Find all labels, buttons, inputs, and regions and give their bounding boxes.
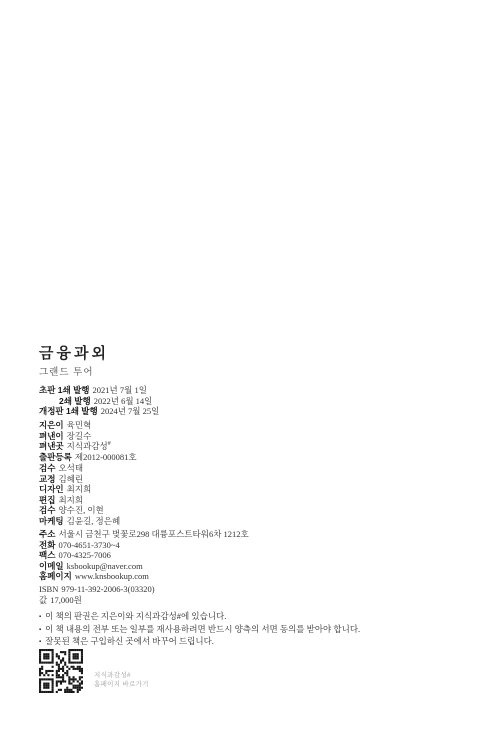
credit-value: 김윤길, 정은혜 (67, 516, 121, 526)
credit-value: 최지희 (67, 484, 92, 494)
contact-label: 주소 (39, 529, 55, 539)
contact-label: 이메일 (39, 561, 64, 571)
credit-row: 지은이육민혁 (39, 420, 137, 431)
credit-row: 펴낸곳지식과감성# (39, 441, 137, 452)
credit-row: 디자인최지희 (39, 484, 120, 495)
title-block: 금융과외 그랜드 투어 (39, 346, 109, 378)
qr-code (39, 649, 83, 693)
publisher-name: 지식과감성# (67, 441, 111, 451)
edition-date: 2021년 7월 1일 (93, 385, 147, 395)
isbn-price: ISBN979-11-392-2006-3(03320) 값17,000원 (39, 584, 155, 605)
publisher-mark: # (108, 441, 111, 447)
notice-line: 이 책 내용의 전부 또는 일부를 재사용하려면 반드시 양측의 서면 동의를 … (39, 624, 360, 637)
credit-row: 편집최지희 (39, 495, 120, 506)
credit-value: 제2012-000081호 (75, 452, 137, 462)
qr-section: 지식과감성# 홈페이지 바로가기 (39, 649, 149, 693)
edition-history: 초판 1쇄 발행2021년 7월 1일 2쇄 발행2022년 6월 14일 개정… (39, 385, 159, 417)
credit-row: 검수양수진, 이현 (39, 505, 120, 516)
credit-label: 마케팅 (39, 516, 64, 526)
price-row: 값17,000원 (39, 595, 155, 606)
homepage-value: www.knsbookup.com (75, 571, 149, 581)
credit-value: 육민혁 (67, 420, 92, 430)
credit-value: 양수진, 이현 (58, 505, 103, 515)
edition-row: 2쇄 발행2022년 6월 14일 (39, 396, 159, 407)
credit-label: 교정 (39, 474, 55, 484)
edition-label: 초판 1쇄 발행 (39, 385, 90, 395)
address-value: 서울시 금천구 벚꽃로298 대륭포스트타워6차 1212호 (58, 529, 248, 539)
credit-row: 펴낸이장길수 (39, 431, 137, 442)
contact-label: 전화 (39, 540, 55, 550)
edition-label: 2쇄 발행 (59, 396, 91, 406)
credit-label: 디자인 (39, 484, 64, 494)
colophon-page: 금융과외 그랜드 투어 초판 1쇄 발행2021년 7월 1일 2쇄 발행202… (0, 0, 500, 740)
publication-info: 지은이육민혁 펴낸이장길수 펴낸곳지식과감성# 출판등록제2012-000081… (39, 420, 137, 462)
staff-credits: 검수오석태 교정김혜린 디자인최지희 편집최지희 검수양수진, 이현 마케팅김윤… (39, 463, 120, 526)
contact-label: 팩스 (39, 550, 55, 560)
contact-info: 주소서울시 금천구 벚꽃로298 대륭포스트타워6차 1212호 전화070-4… (39, 529, 249, 582)
notice-line: 이 책의 판권은 지은이와 지식과감성#에 있습니다. (39, 611, 360, 624)
contact-row-homepage: 홈페이지www.knsbookup.com (39, 571, 249, 582)
edition-row: 초판 1쇄 발행2021년 7월 1일 (39, 385, 159, 396)
credit-row: 검수오석태 (39, 463, 120, 474)
copyright-notices: 이 책의 판권은 지은이와 지식과감성#에 있습니다. 이 책 내용의 전부 또… (39, 611, 360, 649)
credit-value: 최지희 (58, 495, 83, 505)
phone-value: 070-4651-3730~4 (58, 540, 119, 550)
credit-label: 펴낸곳 (39, 441, 64, 451)
contact-row-email: 이메일ksbookup@naver.com (39, 561, 249, 572)
contact-label: 홈페이지 (39, 571, 72, 581)
credit-label: 편집 (39, 495, 55, 505)
credit-row: 교정김혜린 (39, 474, 120, 485)
email-value: ksbookup@naver.com (67, 561, 143, 571)
isbn-value: 979-11-392-2006-3(03320) (61, 584, 154, 594)
edition-date: 2022년 6월 14일 (94, 396, 153, 406)
edition-label: 개정판 1쇄 발행 (39, 406, 98, 416)
contact-row-phone: 전화070-4651-3730~4 (39, 540, 249, 551)
credit-label: 검수 (39, 505, 55, 515)
book-title: 금융과외 (39, 346, 109, 363)
price-label: 값 (39, 595, 47, 605)
edition-date: 2024년 7월 25일 (101, 406, 160, 416)
credit-row: 마케팅김윤길, 정은혜 (39, 516, 120, 527)
credit-value: 김혜린 (58, 474, 83, 484)
credit-label: 검수 (39, 463, 55, 473)
credit-row: 출판등록제2012-000081호 (39, 452, 137, 463)
contact-row-address: 주소서울시 금천구 벚꽃로298 대륭포스트타워6차 1212호 (39, 529, 249, 540)
isbn-label: ISBN (39, 584, 58, 594)
credit-label: 출판등록 (39, 452, 72, 462)
credit-value: 장길수 (67, 431, 92, 441)
qr-caption-line1: 지식과감성# (94, 671, 149, 680)
credit-label: 펴낸이 (39, 431, 64, 441)
book-subtitle: 그랜드 투어 (39, 367, 109, 378)
isbn-row: ISBN979-11-392-2006-3(03320) (39, 584, 155, 595)
qr-caption: 지식과감성# 홈페이지 바로가기 (94, 671, 149, 689)
credit-value: 오석태 (58, 463, 83, 473)
edition-row: 개정판 1쇄 발행2024년 7월 25일 (39, 406, 159, 417)
credit-label: 지은이 (39, 420, 64, 430)
price-value: 17,000원 (50, 595, 82, 605)
qr-caption-line2: 홈페이지 바로가기 (94, 680, 149, 689)
contact-row-fax: 팩스070-4325-7006 (39, 550, 249, 561)
fax-value: 070-4325-7006 (58, 550, 110, 560)
notice-line: 잘못된 책은 구입하신 곳에서 바꾸어 드립니다. (39, 636, 360, 649)
